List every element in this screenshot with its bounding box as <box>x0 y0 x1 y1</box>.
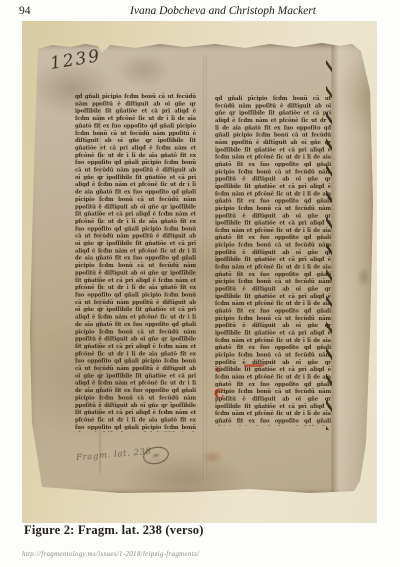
crease-line <box>203 55 207 479</box>
footer-url: http://fragmentology.ms/issues/1-2018/le… <box>22 550 199 558</box>
running-head: Ivana Dobcheva and Christoph Mackert <box>46 5 400 17</box>
stitching-holes <box>326 48 332 430</box>
modern-shelfmark-handwriting: Fragm. lat. 238 <box>76 447 152 464</box>
page-number: 94 <box>19 5 31 17</box>
manuscript-fragment: 1239 qđ gñali pīcipio ſcđm bonū cā ut fe… <box>30 43 374 493</box>
red-initial-large: C <box>214 387 224 402</box>
red-initial-small: C <box>216 365 222 374</box>
fold-strip <box>331 43 374 493</box>
figure-caption: Figure 2: Fragm. lat. 238 (verso) <box>24 523 204 538</box>
old-shelfmark-handwriting: 1239 <box>49 46 103 74</box>
figure-photograph: 1239 qđ gñali pīcipio ſcđm bonū cā ut fe… <box>22 21 377 523</box>
parchment-hole <box>32 481 35 485</box>
text-column-left: qđ gñali pīcipio ſcđm bonū cā ut fecūdū … <box>75 93 196 432</box>
text-column-right: qđ gñali pīcipio ſcđm bonū cā ut fecūdū … <box>215 95 331 426</box>
